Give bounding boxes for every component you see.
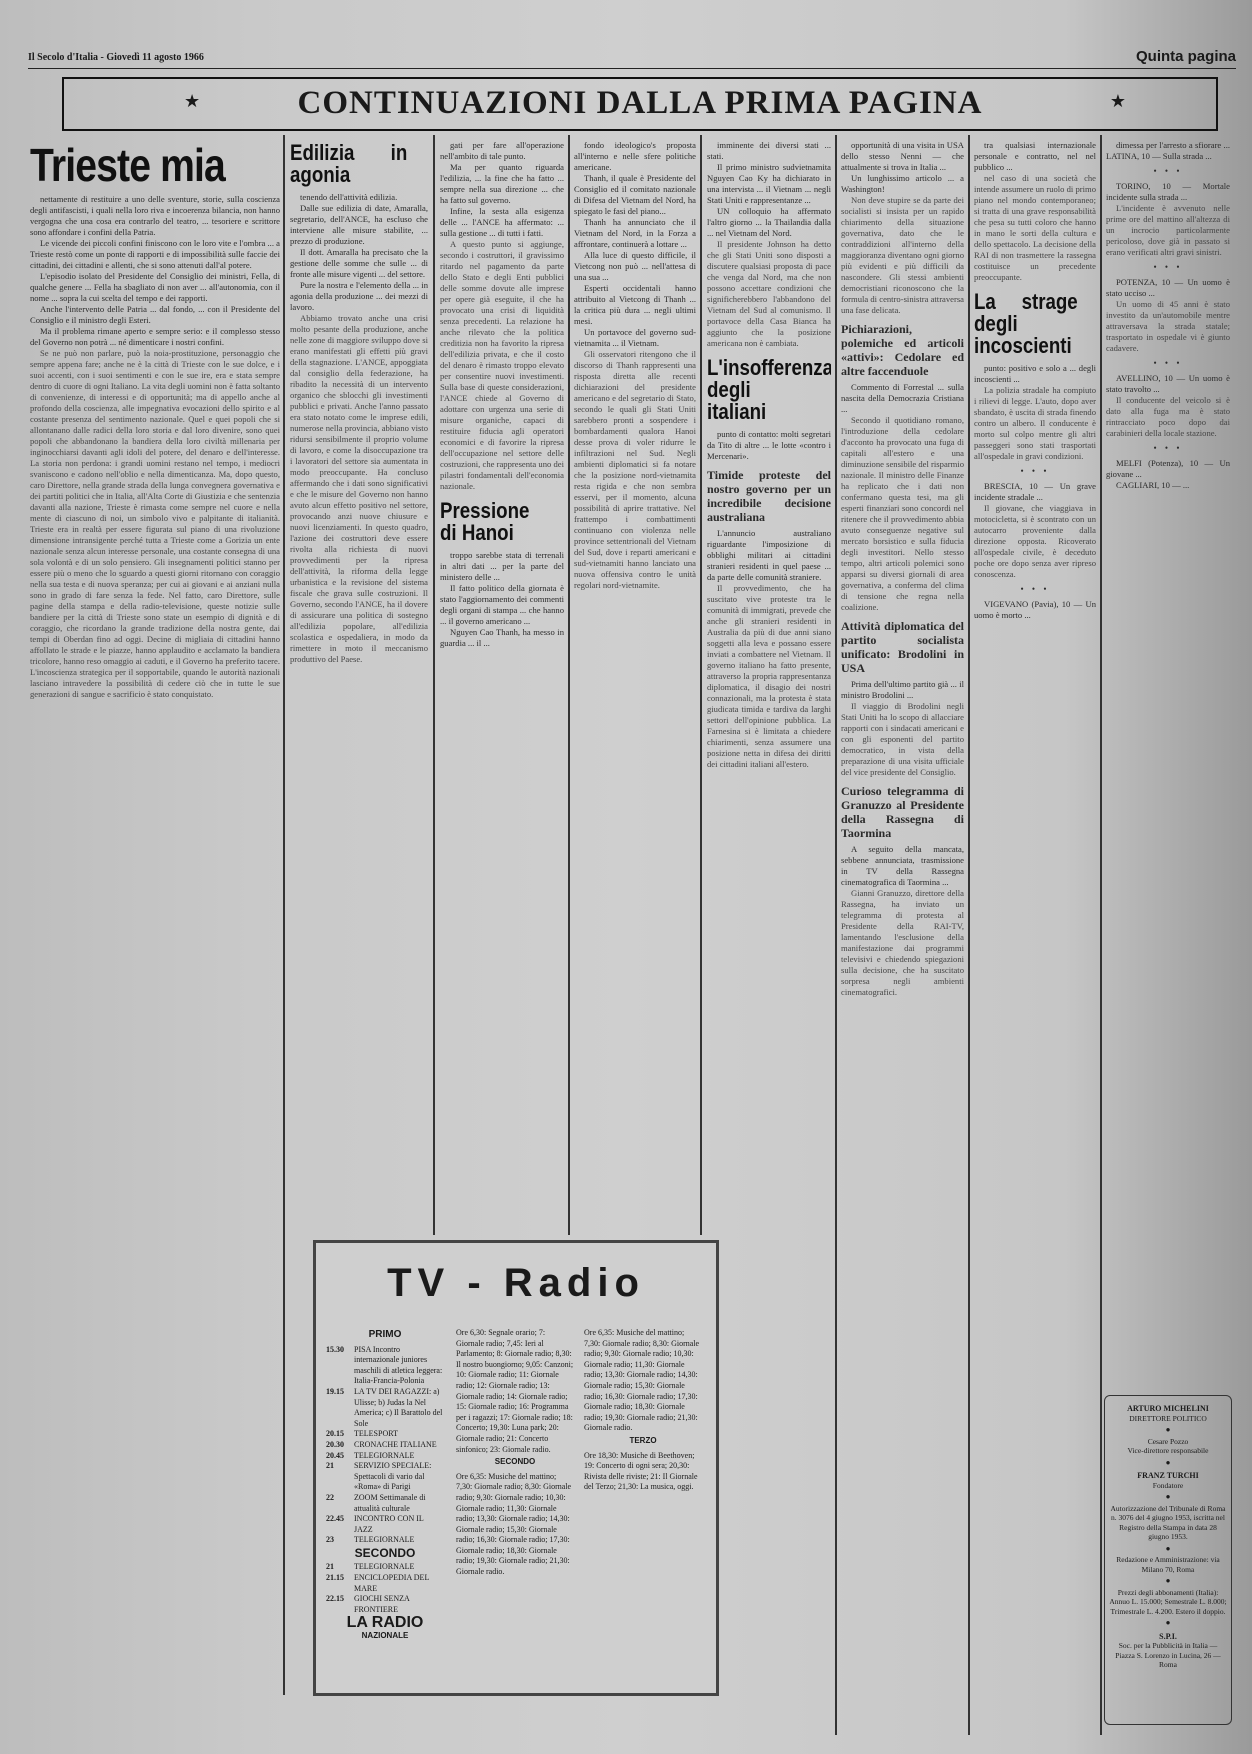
radio-subheading: SECONDO — [456, 1457, 574, 1468]
schedule-time: 21.15 — [326, 1573, 354, 1594]
schedule-time: 20.30 — [326, 1440, 354, 1451]
paragraph: POTENZA, 10 — Un uomo è stato ucciso ... — [1106, 277, 1230, 299]
body-filler: Il giovane, che viaggiava in motociclett… — [974, 503, 1096, 580]
schedule-time: 19.15 — [326, 1387, 354, 1429]
editor-role: DIRETTORE POLITICO — [1109, 1414, 1227, 1424]
section-title: CONTINUAZIONI DALLA PRIMA PAGINA — [64, 85, 1216, 122]
separator-dots: • • • — [1106, 443, 1230, 454]
paragraph: fondo ideologico's proposta all'interno … — [574, 140, 696, 173]
headline: Trieste mia — [30, 142, 243, 188]
radio-secondo-schedule: Ore 6,35: Musiche del mattino; 7,30: Gio… — [456, 1472, 574, 1578]
paragraph: tra qualsiasi internazionale personale e… — [974, 140, 1096, 173]
spi-label: S.P.I. — [1109, 1632, 1227, 1642]
schedule-program: LA TV DEI RAGAZZI: a) Ulisse; b) Judas l… — [354, 1387, 444, 1429]
star-icon: ★ — [1110, 91, 1126, 112]
schedule-row: 22.15GIOCHI SENZA FRONTIERE — [326, 1594, 444, 1615]
subheadline: Timide proteste del nostro governo per u… — [707, 468, 831, 524]
newspaper-page: Il Secolo d'Italia - Giovedì 11 agosto 1… — [0, 0, 1252, 1754]
column-divider — [568, 135, 570, 1235]
schedule-time: 22.15 — [326, 1594, 354, 1615]
paragraph: Thanh ha annunciato che il Vietnam del N… — [574, 217, 696, 250]
vice-editor-name: Cesare Pozzo — [1109, 1437, 1227, 1447]
paragraph: Ma il problema rimane aperto e sempre se… — [30, 326, 280, 348]
article-strage-incoscienti: tra qualsiasi internazionale personale e… — [974, 140, 1096, 1740]
headline: La strage degli incoscienti — [974, 291, 1078, 357]
schedule-row: 22ZOOM Settimanale di attualità cultural… — [326, 1493, 444, 1514]
subheadline: Attività diplomatica del partito sociali… — [841, 619, 964, 675]
schedule-program: PISA Incontro internazionale juniores ma… — [354, 1345, 444, 1387]
paragraph: CAGLIARI, 10 — ... — [1106, 480, 1230, 491]
paragraph: AVELLINO, 10 — Un uomo è stato travolto … — [1106, 373, 1230, 395]
section-banner: ★ CONTINUAZIONI DALLA PRIMA PAGINA ★ — [62, 77, 1218, 131]
masthead: Il Secolo d'Italia - Giovedì 11 agosto 1… — [28, 50, 1236, 69]
radio-heading: LA RADIO — [326, 1618, 444, 1629]
article-edilizia-in-agonia: Edilizia in agonia tenendo dell'attività… — [290, 140, 428, 1230]
subscriptions-text: Prezzi degli abbonamenti (Italia): Annuo… — [1109, 1588, 1227, 1617]
radio-terzo-schedule: Ore 18,30: Musiche di Beethoven; 19: Con… — [584, 1451, 702, 1493]
paragraph: dimessa per l'arresto a sfiorare ... LAT… — [1106, 140, 1230, 162]
separator-dots: • • • — [974, 466, 1096, 477]
paragraph: A seguito della mancata, sebbene annunci… — [841, 844, 964, 888]
separator-dots: • • • — [1106, 358, 1230, 369]
bullet-icon: ● — [1109, 1618, 1227, 1628]
primo-schedule: 15.30PISA Incontro internazionale junior… — [326, 1345, 444, 1546]
body-filler: nel caso di una società che intende assu… — [974, 173, 1096, 283]
founder-name: FRANZ TURCHI — [1109, 1471, 1227, 1481]
headline: L'insofferenza degli italiani — [707, 357, 812, 423]
body-filler: La polizia stradale ha compiuto i riliev… — [974, 385, 1096, 462]
spi-text: Soc. per la Pubblicità in Italia — Piazz… — [1109, 1641, 1227, 1670]
schedule-program: TELEGIORNALE — [354, 1535, 444, 1546]
paragraph: Un lunghissimo articolo ... a Washington… — [841, 173, 964, 195]
schedule-time: 21 — [326, 1562, 354, 1573]
radio-secondo-schedule-cont: Ore 6,35: Musiche del mattino; 7,30: Gio… — [584, 1328, 702, 1434]
bullet-icon: ● — [1109, 1544, 1227, 1554]
body-filler: Secondo il quotidiano romano, l'introduz… — [841, 415, 964, 613]
schedule-program: GIOCHI SENZA FRONTIERE — [354, 1594, 444, 1615]
subheadline: Curioso telegramma di Granuzzo al Presid… — [841, 784, 964, 840]
secondo-schedule: 21TELEGIORNALE21.15ENCICLOPEDIA DEL MARE… — [326, 1562, 444, 1615]
bullet-icon: ● — [1109, 1425, 1227, 1435]
paragraph: TORINO, 10 — Mortale incidente sulla str… — [1106, 181, 1230, 203]
paragraph: Pure la nostra e l'elemento della ... in… — [290, 280, 428, 313]
schedule-time: 22 — [326, 1493, 354, 1514]
schedule-program: CRONACHE ITALIANE — [354, 1440, 444, 1451]
schedule-program: INCONTRO CON IL JAZZ — [354, 1514, 444, 1535]
paragraph: nettamente di restituire a uno delle sve… — [30, 194, 280, 238]
paragraph: Alla luce di questo difficile, il Vietco… — [574, 250, 696, 283]
paragraph: Un portavoce del governo sud-vietnamita … — [574, 327, 696, 349]
body-filler: Il provvedimento, che ha suscitato vive … — [707, 583, 831, 770]
schedule-row: 21.15ENCICLOPEDIA DEL MARE — [326, 1573, 444, 1594]
paragraph: imminente dei diversi stati ... stati. — [707, 140, 831, 162]
paragraph: Ma per quanto riguarda l'edilizia, ... l… — [440, 162, 564, 206]
column-divider — [283, 135, 285, 1695]
paragraph: troppo sarebbe stata di terrenali in alt… — [440, 550, 564, 583]
subheadline: Pichiarazioni, polemiche ed articoli «at… — [841, 322, 964, 378]
body-filler: Se ne può non parlare, può la noia-prost… — [30, 348, 280, 700]
paragraph: opportunità di una visita in USA dello s… — [841, 140, 964, 173]
radio-nazionale-column: Ore 6,30: Segnale orario; 7: Giornale ra… — [456, 1328, 574, 1678]
tv-primo-column: PRIMO 15.30PISA Incontro internazionale … — [326, 1328, 444, 1678]
founder-role: Fondatore — [1109, 1481, 1227, 1491]
column-divider — [835, 135, 837, 1735]
radio-subheading: TERZO — [584, 1436, 702, 1447]
paragraph: BRESCIA, 10 — Un grave incidente stradal… — [974, 481, 1096, 503]
schedule-row: 19.15LA TV DEI RAGAZZI: a) Ulisse; b) Ju… — [326, 1387, 444, 1429]
body-filler: Non deve stupire se da parte dei sociali… — [841, 195, 964, 316]
channel-label: PRIMO — [326, 1330, 444, 1341]
body-filler: Abbiamo trovato anche una crisi molto pe… — [290, 313, 428, 665]
radio-nazionale-schedule: Ore 6,30: Segnale orario; 7: Giornale ra… — [456, 1328, 574, 1455]
separator-dots: • • • — [1106, 262, 1230, 273]
schedule-program: SERVIZIO SPECIALE: Spettacoli di vario d… — [354, 1461, 444, 1493]
paragraph: tenendo dell'attività edilizia. — [290, 192, 428, 203]
schedule-time: 21 — [326, 1461, 354, 1493]
schedule-row: 21TELEGIORNALE — [326, 1562, 444, 1573]
paragraph: MELFI (Potenza), 10 — Un giovane ... — [1106, 458, 1230, 480]
schedule-program: ZOOM Settimanale di attualità culturale — [354, 1493, 444, 1514]
schedule-row: 20.45TELEGIORNALE — [326, 1451, 444, 1462]
bullet-icon: ● — [1109, 1576, 1227, 1586]
address-text: Redazione e Amministrazione: via Milano … — [1109, 1555, 1227, 1574]
schedule-time: 23 — [326, 1535, 354, 1546]
schedule-program: TELESPORT — [354, 1429, 444, 1440]
article-trieste-mia: Trieste mia nettamente di restituire a u… — [30, 140, 280, 1740]
paragraph: Thanh, il quale è Presidente del Consigl… — [574, 173, 696, 217]
paragraph: Il primo ministro sudvietnamita Nguyen C… — [707, 162, 831, 206]
schedule-program: TELEGIORNALE — [354, 1451, 444, 1462]
schedule-row: 21SERVIZIO SPECIALE: Spettacoli di vario… — [326, 1461, 444, 1493]
page-number-label: Quinta pagina — [1136, 48, 1236, 65]
article-cronaca-incidenti: dimessa per l'arresto a sfiorare ... LAT… — [1106, 140, 1230, 1390]
separator-dots: • • • — [1106, 166, 1230, 177]
bullet-icon: ● — [1109, 1458, 1227, 1468]
body-filler: Gli osservatori ritengono che il discors… — [574, 349, 696, 591]
paragraph: Il dott. Amaralla ha precisato che la ge… — [290, 247, 428, 280]
body-filler: Il conducente del veicolo si è dato alla… — [1106, 395, 1230, 439]
column-divider — [1100, 135, 1102, 1735]
schedule-row: 23TELEGIORNALE — [326, 1535, 444, 1546]
paragraph: Infine, la sesta alla esigenza delle ...… — [440, 206, 564, 239]
tv-radio-listings: TV - Radio PRIMO 15.30PISA Incontro inte… — [313, 1240, 719, 1696]
body-filler: Gianni Granuzzo, direttore della Rassegn… — [841, 888, 964, 998]
paragraph: Le vicende dei piccoli confini finiscono… — [30, 238, 280, 271]
paragraph: punto: positivo e solo a ... degli incos… — [974, 363, 1096, 385]
radio-subheading: NAZIONALE — [326, 1631, 444, 1642]
paragraph: Dalle sue edilizia di date, Amaralla, se… — [290, 203, 428, 247]
editor-name: ARTURO MICHELINI — [1109, 1404, 1227, 1414]
paragraph: Nguyen Cao Thanh, ha messo in guardia ..… — [440, 627, 564, 649]
schedule-program: ENCICLOPEDIA DEL MARE — [354, 1573, 444, 1594]
column-divider — [968, 135, 970, 1735]
bullet-icon: ● — [1109, 1492, 1227, 1502]
registration-text: Autorizzazione del Tribunale di Roma n. … — [1109, 1504, 1227, 1542]
headline: Pressione di Hanoi — [440, 500, 545, 544]
schedule-row: 20.30CRONACHE ITALIANE — [326, 1440, 444, 1451]
schedule-row: 20.15TELESPORT — [326, 1429, 444, 1440]
radio-terzo-column: Ore 6,35: Musiche del mattino; 7,30: Gio… — [584, 1328, 702, 1678]
schedule-row: 15.30PISA Incontro internazionale junior… — [326, 1345, 444, 1387]
body-filler: A questo punto si aggiunge, secondo i co… — [440, 239, 564, 492]
separator-dots: • • • — [974, 584, 1096, 595]
paragraph: Anche l'intervento delle Patria ... dal … — [30, 304, 280, 326]
schedule-time: 20.45 — [326, 1451, 354, 1462]
paragraph: Prima dell'ultimo partito già ... il min… — [841, 679, 964, 701]
paragraph: gati per fare all'operazione nell'ambito… — [440, 140, 564, 162]
paragraph: L'episodio isolato del Presidente del Co… — [30, 271, 280, 304]
article-continuation: gati per fare all'operazione nell'ambito… — [440, 140, 564, 1230]
vice-editor-role: Vice-direttore responsabile — [1109, 1446, 1227, 1456]
dateline: Il Secolo d'Italia - Giovedì 11 agosto 1… — [28, 52, 204, 63]
paragraph: L'annuncio australiano riguardante l'imp… — [707, 528, 831, 583]
schedule-program: TELEGIORNALE — [354, 1562, 444, 1573]
body-filler: Il viaggio di Brodolini negli Stati Unit… — [841, 701, 964, 778]
paragraph: Commento di Forrestal ... sulla nascita … — [841, 382, 964, 415]
article-insofferenza-italiani: imminente dei diversi stati ... stati. I… — [707, 140, 831, 1230]
headline: Edilizia in agonia — [290, 142, 407, 186]
schedule-row: 22.45INCONTRO CON IL JAZZ — [326, 1514, 444, 1535]
paragraph: Esperti occidentali hanno attribuito al … — [574, 283, 696, 327]
imprint-box: ARTURO MICHELINI DIRETTORE POLITICO ● Ce… — [1104, 1395, 1232, 1725]
article-political-notes: opportunità di una visita in USA dello s… — [841, 140, 964, 1740]
schedule-time: 15.30 — [326, 1345, 354, 1387]
paragraph: Il fatto politico della giornata è stato… — [440, 583, 564, 627]
column-divider — [433, 135, 435, 1235]
tv-radio-title: TV - Radio — [316, 1261, 716, 1306]
schedule-time: 20.15 — [326, 1429, 354, 1440]
paragraph: UN colloquio ha affermato l'altro giorno… — [707, 206, 831, 239]
channel-label: SECONDO — [326, 1548, 444, 1559]
paragraph: VIGEVANO (Pavia), 10 — Un uomo è morto .… — [974, 599, 1096, 621]
article-hanoi-continuation: fondo ideologico's proposta all'interno … — [574, 140, 696, 1230]
paragraph: punto di contatto: molti segretari da Ti… — [707, 429, 831, 462]
column-divider — [700, 135, 702, 1235]
body-filler: Un uomo di 45 anni è stato investito da … — [1106, 299, 1230, 354]
schedule-time: 22.45 — [326, 1514, 354, 1535]
body-filler: L'incidente è avvenuto nelle prime ore d… — [1106, 203, 1230, 258]
body-filler: Il presidente Johnson ha detto che gli S… — [707, 239, 831, 349]
